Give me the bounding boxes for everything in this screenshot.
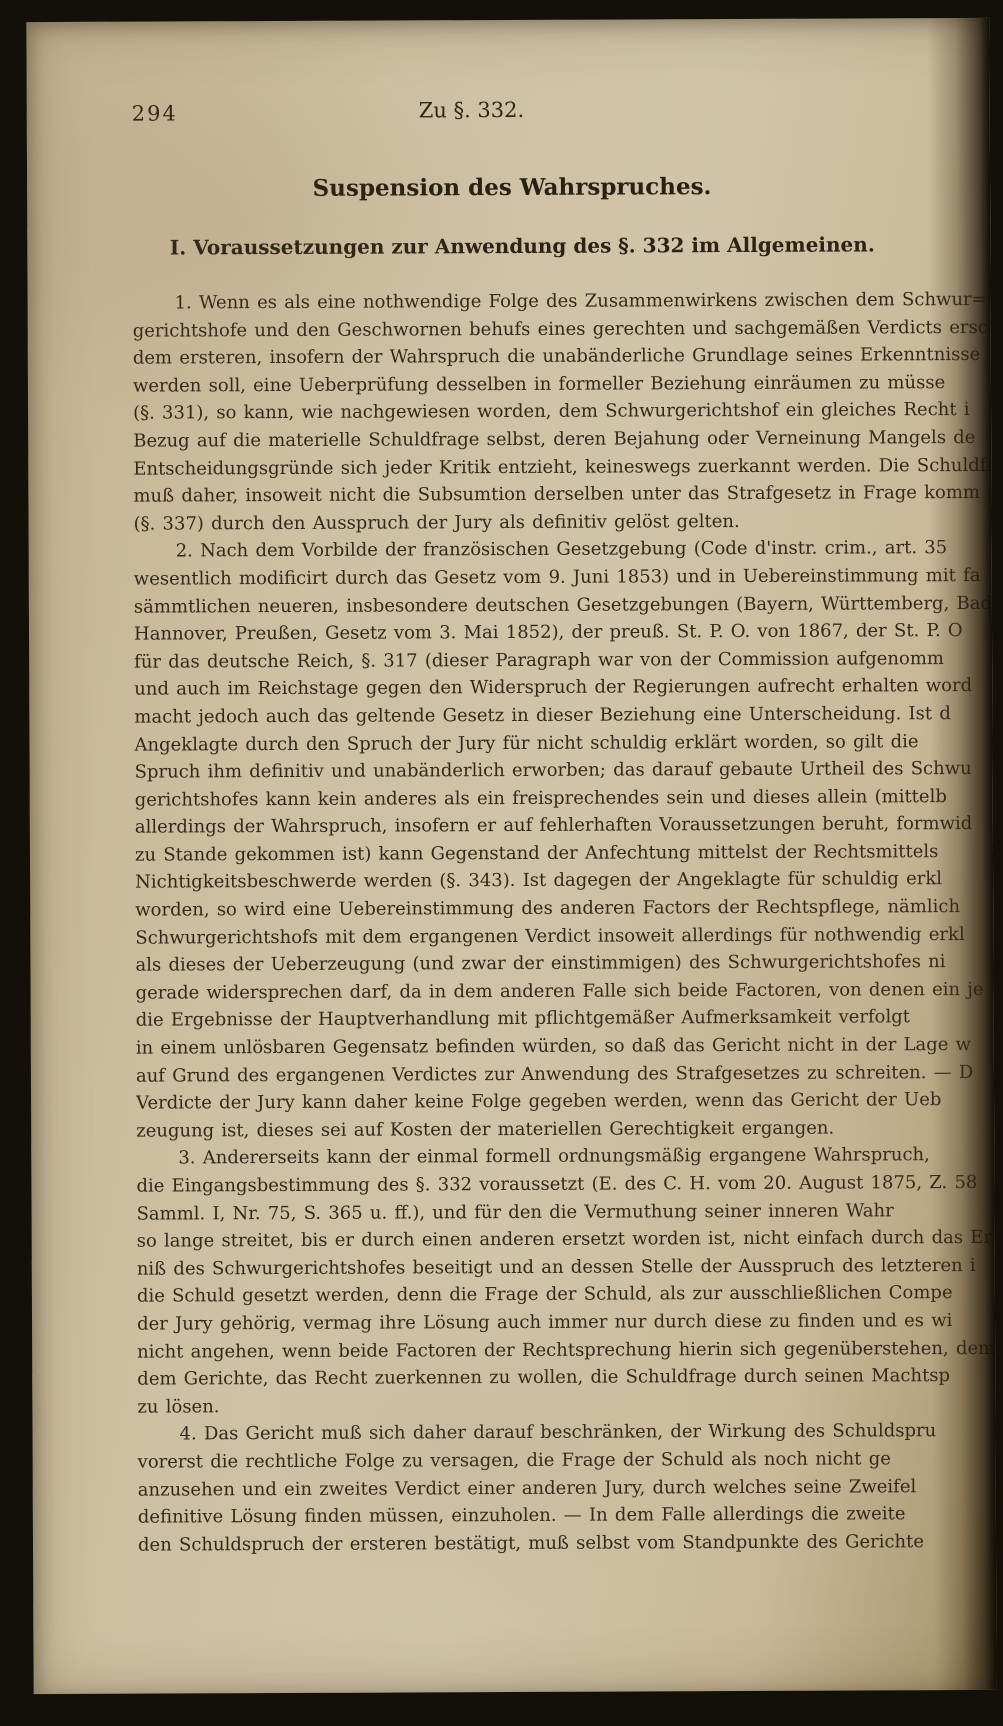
text-line: werden soll, eine Ueberprüfung desselben…: [133, 369, 991, 400]
text-line: allerdings der Wahrspruch, insofern er a…: [135, 810, 993, 841]
text-line: gerichtshofes kann kein anderes als ein …: [135, 783, 993, 814]
text-line: 4. Das Gericht muß sich daher darauf bes…: [137, 1417, 995, 1448]
text-line: niß des Schwurgerichtshofes beseitigt un…: [137, 1252, 995, 1283]
text-line: vorerst die rechtliche Folge zu versagen…: [138, 1445, 996, 1476]
text-line: muß daher, insoweit nicht die Subsumtion…: [133, 479, 991, 510]
text-line: nicht angehen, wenn beide Factoren der R…: [137, 1334, 995, 1365]
scanned-book-page: 294 Zu §. 332. Suspension des Wahrspruch…: [0, 0, 1003, 1726]
text-line: den Schuldspruch der ersteren bestätigt,…: [138, 1528, 996, 1559]
chapter-title: Suspension des Wahrspruches.: [102, 172, 922, 203]
text-line: Nichtigkeitsbeschwerde werden (§. 343). …: [135, 865, 993, 896]
text-line: (§. 331), so kann, wie nachgewiesen word…: [133, 396, 991, 427]
text-line: macht jedoch auch das geltende Gesetz in…: [134, 700, 992, 731]
text-line: Hannover, Preußen, Gesetz vom 3. Mai 185…: [134, 617, 992, 648]
text-line: Verdicte der Jury kann daher keine Folge…: [136, 1086, 994, 1117]
text-line: der Jury gehörig, vermag ihre Lösung auc…: [137, 1307, 995, 1338]
page-number: 294: [132, 101, 178, 125]
text-line: 3. Andererseits kann der einmal formell …: [136, 1141, 994, 1172]
text-line: gerichtshofe und den Geschwornen behufs …: [133, 313, 991, 344]
text-line: zu Stande gekommen ist) kann Gegenstand …: [135, 838, 993, 869]
text-line: die Ergebnisse der Hauptverhandlung mit …: [136, 1003, 994, 1034]
text-line: Bezug auf die materielle Schuldfrage sel…: [133, 424, 991, 455]
section-heading: I. Voraussetzungen zur Anwendung des §. …: [102, 232, 942, 260]
text-line: Schwurgerichtshofs mit dem ergangenen Ve…: [135, 921, 993, 952]
text-line: Spruch ihm definitiv und unabänderlich e…: [135, 755, 993, 786]
text-line: als dieses der Ueberzeugung (und zwar de…: [135, 948, 993, 979]
text-line: die Eingangsbestimmung des §. 332 voraus…: [136, 1169, 994, 1200]
text-line: gerade widersprechen darf, da in dem and…: [136, 976, 994, 1007]
body-text: 1. Wenn es als eine nothwendige Folge de…: [133, 286, 997, 1559]
text-line: dem ersteren, insofern der Wahrspruch di…: [133, 341, 991, 372]
paragraph: 4. Das Gericht muß sich daher darauf bes…: [137, 1417, 996, 1559]
text-line: dem Gerichte, das Recht zuerkennen zu wo…: [137, 1362, 995, 1393]
paragraph: 2. Nach dem Vorbilde der französischen G…: [134, 534, 995, 1145]
page-paper: 294 Zu §. 332. Suspension des Wahrspruch…: [26, 18, 996, 1694]
text-line: 1. Wenn es als eine nothwendige Folge de…: [133, 286, 991, 317]
text-line: zeugung ist, dieses sei auf Kosten der m…: [136, 1114, 994, 1145]
text-line: die Schuld gesetzt werden, denn die Frag…: [137, 1279, 995, 1310]
text-line: auf Grund des ergangenen Verdictes zur A…: [136, 1059, 994, 1090]
text-line: (§. 337) durch den Ausspruch der Jury al…: [133, 507, 991, 538]
text-line: zu lösen.: [137, 1390, 995, 1421]
text-line: definitive Lösung finden müssen, einzuho…: [138, 1500, 996, 1531]
text-line: und auch im Reichstage gegen den Widersp…: [134, 672, 992, 703]
text-line: anzusehen und ein zweites Verdict einer …: [138, 1472, 996, 1503]
text-line: wesentlich modificirt durch das Gesetz v…: [134, 562, 992, 593]
text-line: in einem unlösbaren Gegensatz befinden w…: [136, 1031, 994, 1062]
paragraph: 3. Andererseits kann der einmal formell …: [136, 1141, 995, 1421]
text-line: für das deutsche Reich, §. 317 (dieser P…: [134, 645, 992, 676]
running-header: Zu §. 332.: [419, 98, 525, 122]
text-line: so lange streitet, bis er durch einen an…: [137, 1224, 995, 1255]
text-line: Entscheidungsgründe sich jeder Kritik en…: [133, 451, 991, 482]
text-line: Angeklagte durch den Spruch der Jury für…: [134, 727, 992, 758]
text-line: worden, so wird eine Uebereinstimmung de…: [135, 893, 993, 924]
text-line: sämmtlichen neueren, insbesondere deutsc…: [134, 589, 992, 620]
text-line: Samml. I, Nr. 75, S. 365 u. ff.), und fü…: [136, 1196, 994, 1227]
text-line: 2. Nach dem Vorbilde der französischen G…: [134, 534, 992, 565]
paragraph: 1. Wenn es als eine nothwendige Folge de…: [133, 286, 992, 538]
